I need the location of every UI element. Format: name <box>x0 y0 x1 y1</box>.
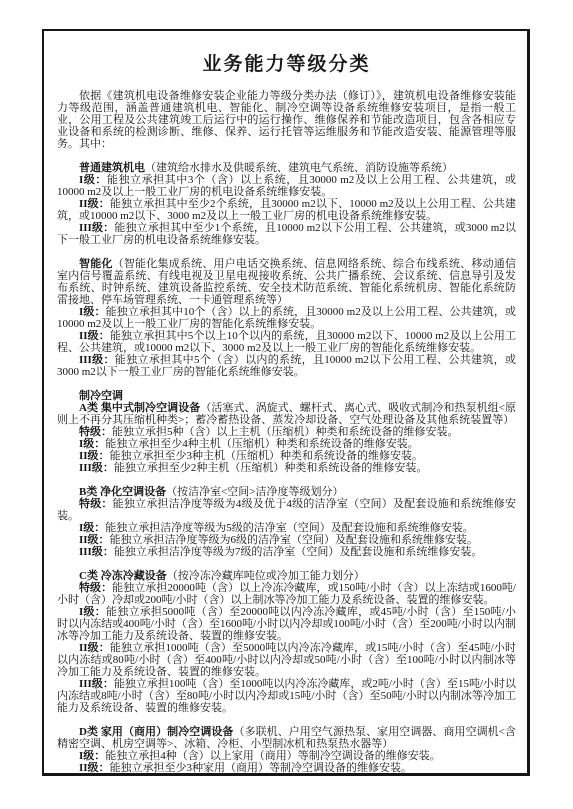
level-text: 能独立承担其中3个（含）以上系统，且30000 m2及以上公用工程、公共建筑，或… <box>57 174 516 198</box>
level-text: 能独立承担20000吨（含）以上冷冻冷藏库，或150吨/小时（含）以上冻结或16… <box>57 582 516 606</box>
level-text: 能独立承担其中5个以上10个以内的系统，且30000 m2以下、10000 m2… <box>57 330 516 354</box>
level-paragraph: I级：能独立承担至少4种主机（压缩机）种类和系统设备的维修安装。 <box>57 438 516 450</box>
level-label: III级： <box>79 354 115 366</box>
level-text: 能独立承担其中5个（含）以内的系统，且10000 m2以下公用工程、公共建筑，或… <box>57 354 516 378</box>
level-label: I级： <box>79 750 105 762</box>
section-heading-title: D类 家用（商用）制冷空调设备 <box>79 726 233 738</box>
level-text: 能独立承担洁净度等级为6级的洁净室（空间）及配套设施和系统维修安装。 <box>110 534 479 546</box>
level-paragraph: II级：能独立承担至少3种家用（商用）等制冷空调设备的维修安装。 <box>57 762 516 774</box>
level-text: 能独立承担至少2种主机（压缩机）种类和系统设备的维修安装。 <box>114 462 428 474</box>
level-text: 能独立承担至少4种主机（压缩机）种类和系统设备的维修安装。 <box>105 438 419 450</box>
level-label: 特级： <box>79 426 112 438</box>
section-heading: 普通建筑机电（建筑给水排水及供暖系统、建筑电气系统、消防设施等系统） <box>57 162 516 174</box>
level-paragraph: II级：能独立承担1000吨（含）至5000吨以内冷冻冷藏库，或15吨/小时（含… <box>57 642 516 678</box>
section-clean-room-ac-class-b: B类 净化空调设备（按洁净室<空间>洁净度等级划分） 特级：能独立承担洁净度等级… <box>57 486 516 558</box>
level-paragraph: II级：能独立承担其中至少2个系统，且30000 m2以下、10000 m2及以… <box>57 198 516 222</box>
page-title: 业务能力等级分类 <box>57 49 516 76</box>
level-text: 能独立承担其中10个（含）以上的系统，且30000 m2及以上公用工程、公共建筑… <box>57 306 516 330</box>
section-heading: B类 净化空调设备（按洁净室<空间>洁净度等级划分） <box>57 486 516 498</box>
level-text: 能独立承担4种（含）以上家用（商用）等制冷空调设备的维修安装。 <box>105 750 441 762</box>
level-paragraph: II级：能独立承担至少3种主机（压缩机）种类和系统设备的维修安装。 <box>57 450 516 462</box>
section-refrigeration-ac-class-a: 制冷空调 A类 集中式制冷空调设备（活塞式、涡旋式、螺杆式、离心式、吸收式制冷和… <box>57 390 516 474</box>
section-heading-title: A类 集中式制冷空调设备 <box>79 402 200 414</box>
level-paragraph: III级：能独立承担洁净度等级为7级的洁净室（空间）及配套设施和系统维修安装。 <box>57 546 516 558</box>
level-paragraph: III级：能独立承担至少2种主机（压缩机）种类和系统设备的维修安装。 <box>57 462 516 474</box>
level-label: II级： <box>79 642 110 654</box>
section-heading-note: （智能化集成系统、用户电话交换系统、信息网络系统、综合布线系统、移动通信室内信号… <box>57 258 516 306</box>
section-household-commercial-ac-class-d: D类 家用（商用）制冷空调设备（多联机、户用空气源热泵、家用空调器、商用空调机<… <box>57 726 516 776</box>
level-label: I级： <box>79 438 105 450</box>
section-heading-title: 智能化 <box>79 258 113 270</box>
level-label: II级： <box>79 450 110 462</box>
level-text: 能独立承担洁净度等级为7级的洁净室（空间）及配套设施和系统维修安装。 <box>114 546 483 558</box>
section-intelligent-systems: 智能化（智能化集成系统、用户电话交换系统、信息网络系统、综合布线系统、移动通信室… <box>57 258 516 378</box>
section-cold-storage-class-c: C类 冷冻冷藏设备（按冷冻冷藏库吨位或冷加工能力划分） 特级：能独立承担2000… <box>57 570 516 714</box>
section-heading: D类 家用（商用）制冷空调设备（多联机、户用空气源热泵、家用空调器、商用空调机<… <box>57 726 516 750</box>
level-label: III级： <box>79 774 114 776</box>
section-general-building-mep: 普通建筑机电（建筑给水排水及供暖系统、建筑电气系统、消防设施等系统） I级：能独… <box>57 162 516 246</box>
section-heading-title: C类 冷冻冷藏设备 <box>79 570 167 582</box>
section-heading-note: （按洁净室<空间>洁净度等级划分） <box>166 486 343 498</box>
level-paragraph: II级：能独立承担洁净度等级为6级的洁净室（空间）及配套设施和系统维修安装。 <box>57 534 516 546</box>
level-text: 能独立承担5000吨（含）至20000吨以内冷冻冷藏库，或45吨/小时（含）至1… <box>57 606 516 642</box>
level-label: III级： <box>79 462 114 474</box>
level-label: 特级： <box>79 582 112 594</box>
section-heading-title: 普通建筑机电 <box>79 162 145 174</box>
level-text: 能独立承担洁净度等级为5级的洁净室（空间）及配套设施和系统维修安装。 <box>105 522 474 534</box>
level-paragraph: 特级：能独立承担洁净度等级为4级及优于4级的洁净室（空间）及配套设施和系统维修安… <box>57 498 516 522</box>
level-label: II级： <box>79 762 110 774</box>
level-label: III级： <box>79 678 114 690</box>
level-label: I级： <box>79 174 107 186</box>
level-label: 特级： <box>79 498 113 510</box>
section-heading-note: （按冷冻冷藏库吨位或冷加工能力划分） <box>167 570 365 582</box>
level-paragraph: III级：能独立承担其中5个（含）以内的系统，且10000 m2以下公用工程、公… <box>57 354 516 378</box>
section-heading-note: （建筑给水排水及供暖系统、建筑电气系统、消防设施等系统） <box>145 162 453 174</box>
level-text: 能独立承担5种（含）以上主机（压缩机）种类和系统设备的维修安装。 <box>112 426 459 438</box>
document-frame: 业务能力等级分类 依据《建筑机电设备维修安装企业能力等级分类办法（修订）》，建筑… <box>42 29 530 776</box>
section-heading-title: B类 净化空调设备 <box>79 486 166 498</box>
level-paragraph: I级：能独立承担4种（含）以上家用（商用）等制冷空调设备的维修安装。 <box>57 750 516 762</box>
level-label: II级： <box>79 534 110 546</box>
level-paragraph: III级：能独立承担100吨（含）至1000吨以内冷冻冷藏库，或2吨/小时（含）… <box>57 678 516 714</box>
level-text: 能独立承担其中至少2个系统，且30000 m2以下、10000 m2及以上公用工… <box>57 198 516 222</box>
level-paragraph: III级：能独立承担至少2种家用（商用）等制冷空调设备的维修安装。 <box>57 774 516 776</box>
level-text: 能独立承担100吨（含）至1000吨以内冷冻冷藏库，或2吨/小时（含）至15吨/… <box>57 678 516 714</box>
level-label: I级： <box>79 606 106 618</box>
level-label: I级： <box>79 522 105 534</box>
level-label: III级： <box>79 546 114 558</box>
level-paragraph: I级：能独立承担其中10个（含）以上的系统，且30000 m2及以上公用工程、公… <box>57 306 516 330</box>
level-text: 能独立承担1000吨（含）至5000吨以内冷冻冷藏库，或15吨/小时（含）至45… <box>57 642 516 678</box>
level-paragraph: II级：能独立承担其中5个以上10个以内的系统，且30000 m2以下、1000… <box>57 330 516 354</box>
level-paragraph: 特级：能独立承担20000吨（含）以上冷冻冷藏库，或150吨/小时（含）以上冻结… <box>57 582 516 606</box>
intro-paragraph: 依据《建筑机电设备维修安装企业能力等级分类办法（修订）》，建筑机电设备维修安装能… <box>57 90 516 150</box>
level-paragraph: I级：能独立承担5000吨（含）至20000吨以内冷冻冷藏库，或45吨/小时（含… <box>57 606 516 642</box>
level-label: III级： <box>79 222 114 234</box>
level-label: I级： <box>79 306 106 318</box>
level-paragraph: III级：能独立承担其中至少1个系统，且10000 m2以下公用工程、公共建筑，… <box>57 222 516 246</box>
level-text: 能独立承担至少2种家用（商用）等制冷空调设备的维修安装。 <box>114 774 417 776</box>
level-label: II级： <box>79 198 110 210</box>
level-text: 能独立承担洁净度等级为4级及优于4级的洁净室（空间）及配套设施和系统维修安装。 <box>57 498 516 522</box>
level-text: 能独立承担至少3种家用（商用）等制冷空调设备的维修安装。 <box>110 762 413 774</box>
group-heading-title: 制冷空调 <box>79 390 123 402</box>
level-paragraph: I级：能独立承担洁净度等级为5级的洁净室（空间）及配套设施和系统维修安装。 <box>57 522 516 534</box>
level-text: 能独立承担其中至少1个系统，且10000 m2以下公用工程、公共建筑，或3000… <box>57 222 516 246</box>
section-heading: A类 集中式制冷空调设备（活塞式、涡旋式、螺杆式、离心式、吸收式制冷和热泵机组<… <box>57 402 516 426</box>
section-heading: 智能化（智能化集成系统、用户电话交换系统、信息网络系统、综合布线系统、移动通信室… <box>57 258 516 306</box>
level-paragraph: I级：能独立承担其中3个（含）以上系统，且30000 m2及以上公用工程、公共建… <box>57 174 516 198</box>
level-label: II级： <box>79 330 110 342</box>
section-heading: C类 冷冻冷藏设备（按冷冻冷藏库吨位或冷加工能力划分） <box>57 570 516 582</box>
level-text: 能独立承担至少3种主机（压缩机）种类和系统设备的维修安装。 <box>110 450 424 462</box>
level-paragraph: 特级：能独立承担5种（含）以上主机（压缩机）种类和系统设备的维修安装。 <box>57 426 516 438</box>
group-heading: 制冷空调 <box>57 390 516 402</box>
